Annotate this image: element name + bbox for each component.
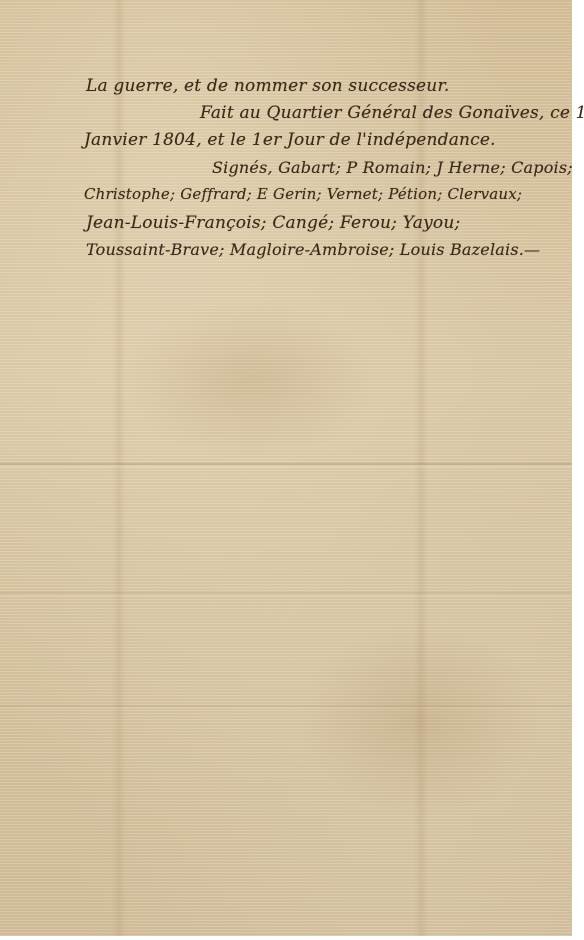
text-line-3: Janvier 1804, et le 1er Jour de l'indépe… <box>84 130 496 150</box>
manuscript-page: La guerre, et de nommer son successeur. … <box>0 0 572 936</box>
text-line-2: Fait au Quartier Général des Gonaïves, c… <box>200 103 584 123</box>
signatures-line-2: Christophe; Geffrard; E Gerin; Vernet; P… <box>84 185 522 203</box>
horizontal-fold-crease <box>0 704 572 710</box>
horizontal-fold-crease <box>0 462 572 468</box>
paper-stain <box>120 300 380 460</box>
signatures-line-4: Toussaint-Brave; Magloire-Ambroise; Loui… <box>86 240 540 259</box>
signatures-line-1: Signés, Gabart; P Romain; J Herne; Capoi… <box>212 158 573 177</box>
text-line-1: La guerre, et de nommer son successeur. <box>86 76 450 96</box>
horizontal-fold-crease <box>0 591 572 597</box>
signatures-line-3: Jean-Louis-François; Cangé; Ferou; Yayou… <box>86 213 460 233</box>
